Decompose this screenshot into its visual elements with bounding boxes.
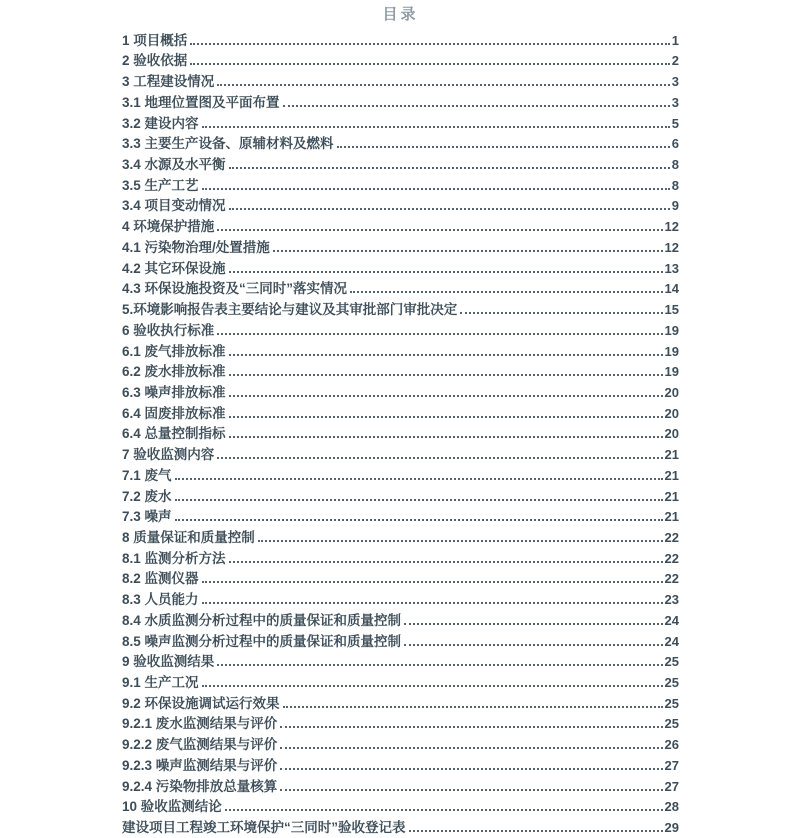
toc-entry-label: 1 项目概括 xyxy=(122,32,187,49)
toc-entry: 6.2 废水排放标准 19 xyxy=(122,360,679,381)
toc-entry-page: 3 xyxy=(672,94,679,111)
toc-leader-dots xyxy=(350,291,663,293)
toc-entry-page: 20 xyxy=(665,425,679,442)
toc-entry-label: 8.1 监测分析方法 xyxy=(122,550,226,567)
toc-entry: 10 验收监测结论 28 xyxy=(122,795,679,816)
toc-entry-page: 9 xyxy=(672,197,679,214)
toc-entry-page: 25 xyxy=(665,695,679,712)
toc-entry-page: 2 xyxy=(672,52,679,69)
toc-leader-dots xyxy=(280,747,662,749)
toc-entry-label: 2 验收依据 xyxy=(122,52,187,69)
toc-entry-page: 19 xyxy=(665,343,679,360)
toc-entry: 8.3 人员能力 23 xyxy=(122,587,679,608)
toc-list: 1 项目概括 1 2 验收依据 2 3 工程建设情况 3 3.1 地理位置图及平… xyxy=(122,28,679,836)
page-title: 目录 xyxy=(122,5,679,24)
toc-entry-label: 3 工程建设情况 xyxy=(122,73,214,90)
toc-leader-dots xyxy=(202,581,663,583)
toc-entry-label: 4 环境保护措施 xyxy=(122,218,214,235)
toc-entry: 3.4 水源及水平衡 8 xyxy=(122,152,679,173)
toc-entry: 7 验收监测内容 21 xyxy=(122,442,679,463)
toc-entry-label: 3.1 地理位置图及平面布置 xyxy=(122,94,280,111)
toc-entry-label: 7 验收监测内容 xyxy=(122,446,214,463)
toc-leader-dots xyxy=(217,84,670,86)
toc-entry: 9.2 环保设施调试运行效果 25 xyxy=(122,691,679,712)
toc-leader-dots xyxy=(337,146,670,148)
toc-entry-label: 3.5 生产工艺 xyxy=(122,177,199,194)
toc-leader-dots xyxy=(229,208,670,210)
toc-leader-dots xyxy=(229,271,663,273)
toc-entry-page: 13 xyxy=(665,260,679,277)
toc-leader-dots xyxy=(217,229,662,231)
toc-entry: 1 项目概括 1 xyxy=(122,28,679,49)
toc-entry-page: 3 xyxy=(672,73,679,90)
toc-leader-dots xyxy=(404,644,663,646)
toc-entry-label: 8 质量保证和质量控制 xyxy=(122,529,255,546)
toc-entry-page: 28 xyxy=(665,798,679,815)
toc-leader-dots xyxy=(280,768,662,770)
toc-entry-page: 22 xyxy=(665,529,679,546)
toc-entry-page: 6 xyxy=(672,135,679,152)
toc-entry-label: 9.2.3 噪声监测结果与评价 xyxy=(122,757,277,774)
toc-entry-page: 27 xyxy=(665,778,679,795)
toc-entry: 建设项目工程竣工环境保护“三同时”验收登记表 29 xyxy=(122,815,679,836)
toc-entry: 6.4 固废排放标准 20 xyxy=(122,401,679,422)
toc-leader-dots xyxy=(283,706,663,708)
toc-leader-dots xyxy=(202,685,663,687)
toc-entry: 4.1 污染物治理/处置措施 12 xyxy=(122,235,679,256)
toc-entry-page: 14 xyxy=(665,280,679,297)
toc-entry-label: 4.1 污染物治理/处置措施 xyxy=(122,239,270,256)
toc-entry-label: 9.2.2 废气监测结果与评价 xyxy=(122,736,277,753)
toc-entry: 4 环境保护措施 12 xyxy=(122,214,679,235)
toc-entry: 4.2 其它环保设施 13 xyxy=(122,256,679,277)
toc-entry: 8.1 监测分析方法 22 xyxy=(122,546,679,567)
toc-entry-label: 7.2 废水 xyxy=(122,488,172,505)
toc-entry: 9 验收监测结果 25 xyxy=(122,650,679,671)
toc-leader-dots xyxy=(175,478,663,480)
toc-entry-page: 19 xyxy=(665,322,679,339)
toc-leader-dots xyxy=(229,354,663,356)
toc-leader-dots xyxy=(202,602,663,604)
toc-leader-dots xyxy=(217,664,662,666)
document-page: 目录 1 项目概括 1 2 验收依据 2 3 工程建设情况 3 3.1 地理位置… xyxy=(0,0,787,838)
toc-entry: 3 工程建设情况 3 xyxy=(122,69,679,90)
toc-entry-page: 15 xyxy=(665,301,679,318)
toc-entry-page: 26 xyxy=(665,736,679,753)
toc-entry: 8.2 监测仪器 22 xyxy=(122,567,679,588)
toc-entry-label: 10 验收监测结论 xyxy=(122,798,222,815)
toc-entry: 9.2.1 废水监测结果与评价 25 xyxy=(122,712,679,733)
toc-entry-page: 8 xyxy=(672,156,679,173)
toc-entry-label: 6.1 废气排放标准 xyxy=(122,343,226,360)
toc-entry: 6.3 噪声排放标准 20 xyxy=(122,380,679,401)
toc-entry: 8.5 噪声监测分析过程中的质量保证和质量控制 24 xyxy=(122,629,679,650)
toc-entry-label: 9.2 环保设施调试运行效果 xyxy=(122,695,280,712)
toc-entry-page: 12 xyxy=(665,239,679,256)
toc-leader-dots xyxy=(229,561,663,563)
toc-entry-label: 9.2.4 污染物排放总量核算 xyxy=(122,778,277,795)
toc-entry-page: 24 xyxy=(665,633,679,650)
toc-entry: 9.2.2 废气监测结果与评价 26 xyxy=(122,732,679,753)
toc-entry-page: 20 xyxy=(665,405,679,422)
toc-entry-label: 9.2.1 废水监测结果与评价 xyxy=(122,715,277,732)
toc-leader-dots xyxy=(229,395,663,397)
toc-entry-label: 8.4 水质监测分析过程中的质量保证和质量控制 xyxy=(122,612,401,629)
toc-leader-dots xyxy=(258,540,663,542)
toc-entry: 3.4 项目变动情况 9 xyxy=(122,194,679,215)
toc-entry-label: 8.5 噪声监测分析过程中的质量保证和质量控制 xyxy=(122,633,401,650)
toc-content: 目录 1 项目概括 1 2 验收依据 2 3 工程建设情况 3 3.1 地理位置… xyxy=(122,5,679,836)
toc-entry: 9.1 生产工况 25 xyxy=(122,670,679,691)
toc-entry-label: 8.2 监测仪器 xyxy=(122,570,199,587)
toc-entry-label: 4.3 环保设施投资及“三同时”落实情况 xyxy=(122,280,347,297)
toc-leader-dots xyxy=(409,830,663,832)
toc-leader-dots xyxy=(217,457,662,459)
toc-leader-dots xyxy=(190,63,670,65)
toc-leader-dots xyxy=(202,188,670,190)
toc-entry-label: 8.3 人员能力 xyxy=(122,591,199,608)
toc-entry: 2 验收依据 2 xyxy=(122,49,679,70)
toc-leader-dots xyxy=(229,436,663,438)
toc-entry: 7.3 噪声 21 xyxy=(122,505,679,526)
toc-leader-dots xyxy=(280,726,662,728)
toc-entry-label: 3.4 水源及水平衡 xyxy=(122,156,226,173)
toc-entry-label: 6.4 固废排放标准 xyxy=(122,405,226,422)
toc-entry-page: 25 xyxy=(665,653,679,670)
toc-leader-dots xyxy=(225,809,663,811)
toc-entry: 8 质量保证和质量控制 22 xyxy=(122,525,679,546)
toc-leader-dots xyxy=(229,416,663,418)
toc-entry: 3.1 地理位置图及平面布置 3 xyxy=(122,90,679,111)
toc-entry-label: 7.1 废气 xyxy=(122,467,172,484)
toc-entry-label: 3.4 项目变动情况 xyxy=(122,197,226,214)
toc-entry-label: 6.3 噪声排放标准 xyxy=(122,384,226,401)
toc-entry-page: 25 xyxy=(665,715,679,732)
toc-leader-dots xyxy=(175,499,663,501)
toc-entry: 7.1 废气 21 xyxy=(122,463,679,484)
toc-entry-page: 29 xyxy=(665,819,679,836)
toc-entry: 9.2.3 噪声监测结果与评价 27 xyxy=(122,753,679,774)
toc-entry-label: 建设项目工程竣工环境保护“三同时”验收登记表 xyxy=(122,819,406,836)
toc-entry-label: 3.3 主要生产设备、原辅材料及燃料 xyxy=(122,135,334,152)
toc-entry-label: 6.2 废水排放标准 xyxy=(122,363,226,380)
toc-leader-dots xyxy=(175,519,663,521)
toc-entry: 6.1 废气排放标准 19 xyxy=(122,339,679,360)
toc-entry-label: 7.3 噪声 xyxy=(122,508,172,525)
toc-entry-page: 12 xyxy=(665,218,679,235)
toc-entry: 7.2 废水 21 xyxy=(122,484,679,505)
toc-entry-page: 23 xyxy=(665,591,679,608)
toc-entry-page: 20 xyxy=(665,384,679,401)
toc-entry-page: 1 xyxy=(672,32,679,49)
toc-leader-dots xyxy=(280,789,662,791)
toc-entry: 5.环境影响报告表主要结论与建议及其审批部门审批决定 15 xyxy=(122,297,679,318)
toc-entry-page: 19 xyxy=(665,363,679,380)
toc-entry-label: 6.4 总量控制指标 xyxy=(122,425,226,442)
toc-entry-label: 6 验收执行标准 xyxy=(122,322,214,339)
toc-entry-label: 3.2 建设内容 xyxy=(122,115,199,132)
toc-entry-label: 9.1 生产工况 xyxy=(122,674,199,691)
toc-entry: 6.4 总量控制指标 20 xyxy=(122,422,679,443)
toc-entry-page: 27 xyxy=(665,757,679,774)
toc-entry-page: 5 xyxy=(672,115,679,132)
toc-entry: 8.4 水质监测分析过程中的质量保证和质量控制 24 xyxy=(122,608,679,629)
toc-entry-label: 9 验收监测结果 xyxy=(122,653,214,670)
toc-entry: 9.2.4 污染物排放总量核算 27 xyxy=(122,774,679,795)
toc-entry-page: 21 xyxy=(665,446,679,463)
toc-leader-dots xyxy=(190,43,670,45)
toc-entry-page: 21 xyxy=(665,467,679,484)
toc-leader-dots xyxy=(404,623,663,625)
toc-entry: 3.3 主要生产设备、原辅材料及燃料 6 xyxy=(122,132,679,153)
toc-entry-page: 8 xyxy=(672,177,679,194)
toc-entry: 6 验收执行标准 19 xyxy=(122,318,679,339)
toc-leader-dots xyxy=(460,312,662,314)
toc-entry: 3.5 生产工艺 8 xyxy=(122,173,679,194)
toc-entry: 4.3 环保设施投资及“三同时”落实情况 14 xyxy=(122,277,679,298)
toc-entry-page: 22 xyxy=(665,570,679,587)
toc-entry-page: 24 xyxy=(665,612,679,629)
toc-entry-label: 5.环境影响报告表主要结论与建议及其审批部门审批决定 xyxy=(122,301,457,318)
toc-entry-page: 22 xyxy=(665,550,679,567)
toc-entry-page: 25 xyxy=(665,674,679,691)
toc-entry-page: 21 xyxy=(665,508,679,525)
toc-leader-dots xyxy=(273,250,663,252)
toc-leader-dots xyxy=(229,374,663,376)
toc-entry-page: 21 xyxy=(665,488,679,505)
toc-entry: 3.2 建设内容 5 xyxy=(122,111,679,132)
toc-leader-dots xyxy=(202,126,670,128)
toc-leader-dots xyxy=(283,105,670,107)
toc-entry-label: 4.2 其它环保设施 xyxy=(122,260,226,277)
toc-leader-dots xyxy=(217,333,662,335)
toc-leader-dots xyxy=(229,167,670,169)
